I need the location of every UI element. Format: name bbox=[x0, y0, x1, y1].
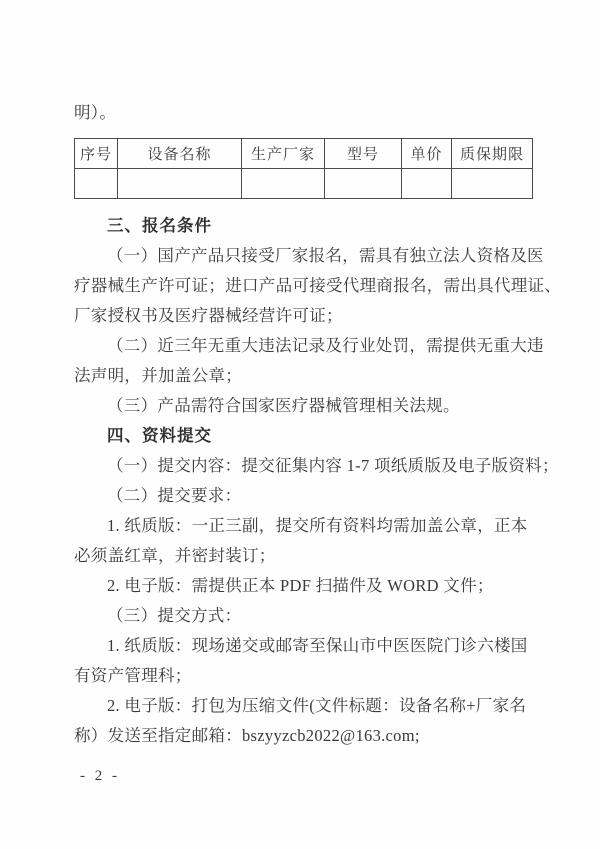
body-line: （二）提交要求： bbox=[74, 481, 540, 511]
body-line: 法声明，并加盖公章； bbox=[74, 361, 540, 391]
table-empty-cell bbox=[325, 169, 402, 199]
table-header-device-name: 设备名称 bbox=[118, 139, 242, 169]
table-empty-cell bbox=[118, 169, 242, 199]
body-text: 三、报名条件 （一）国产产品只接受厂家报名，需具有独立法人资格及医 疗器械生产许… bbox=[74, 211, 540, 751]
body-line: 1. 纸质版：现场递交或邮寄至保山市中医医院门诊六楼国 bbox=[74, 631, 540, 661]
body-line: 疗器械生产许可证；进口产品可接受代理商报名，需出具代理证、 bbox=[74, 271, 540, 301]
body-line: 2. 电子版：打包为压缩文件(文件标题：设备名称+厂家名 bbox=[74, 691, 540, 721]
body-line: 2. 电子版：需提供正本 PDF 扫描件及 WORD 文件； bbox=[74, 571, 540, 601]
page-number: - 2 - bbox=[74, 761, 540, 791]
body-line: 厂家授权书及医疗器械经营许可证； bbox=[74, 301, 540, 331]
table-header-manufacturer: 生产厂家 bbox=[242, 139, 325, 169]
paragraph-continuation: 明）。 bbox=[74, 98, 540, 128]
page-content: 明）。 序号 设备名称 生产厂家 型号 单价 质保期限 bbox=[0, 0, 600, 791]
table-header-warranty: 质保期限 bbox=[452, 139, 533, 169]
table-header-model: 型号 bbox=[325, 139, 402, 169]
table-empty-cell bbox=[452, 169, 533, 199]
table-header-unit-price: 单价 bbox=[402, 139, 452, 169]
table-header-row: 序号 设备名称 生产厂家 型号 单价 质保期限 bbox=[75, 139, 533, 169]
body-line: 必须盖红章，并密封装订； bbox=[74, 541, 540, 571]
body-line: 有资产管理科； bbox=[74, 661, 540, 691]
table-empty-cell bbox=[402, 169, 452, 199]
body-line: （一）国产产品只接受厂家报名，需具有独立法人资格及医 bbox=[74, 241, 540, 271]
table-header-serial: 序号 bbox=[75, 139, 118, 169]
table-row bbox=[75, 169, 533, 199]
body-line: （一）提交内容：提交征集内容 1-7 项纸质版及电子版资料； bbox=[74, 451, 540, 481]
document-page: 明）。 序号 设备名称 生产厂家 型号 单价 质保期限 bbox=[0, 0, 600, 849]
body-line: （二）近三年无重大违法记录及行业处罚，需提供无重大违 bbox=[74, 331, 540, 361]
table-empty-cell bbox=[75, 169, 118, 199]
table-empty-cell bbox=[242, 169, 325, 199]
section-heading-material-submission: 四、资料提交 bbox=[74, 421, 540, 451]
body-line: 1. 纸质版：一正三副，提交所有资料均需加盖公章，正本 bbox=[74, 511, 540, 541]
body-line-with-email: 称）发送至指定邮箱：bszyyzcb2022@163.com; bbox=[74, 721, 540, 751]
device-info-table: 序号 设备名称 生产厂家 型号 单价 质保期限 bbox=[74, 138, 533, 199]
body-line: （三）产品需符合国家医疗器械管理相关法规。 bbox=[74, 391, 540, 421]
body-line: （三）提交方式： bbox=[74, 601, 540, 631]
section-heading-registration-conditions: 三、报名条件 bbox=[74, 211, 540, 241]
